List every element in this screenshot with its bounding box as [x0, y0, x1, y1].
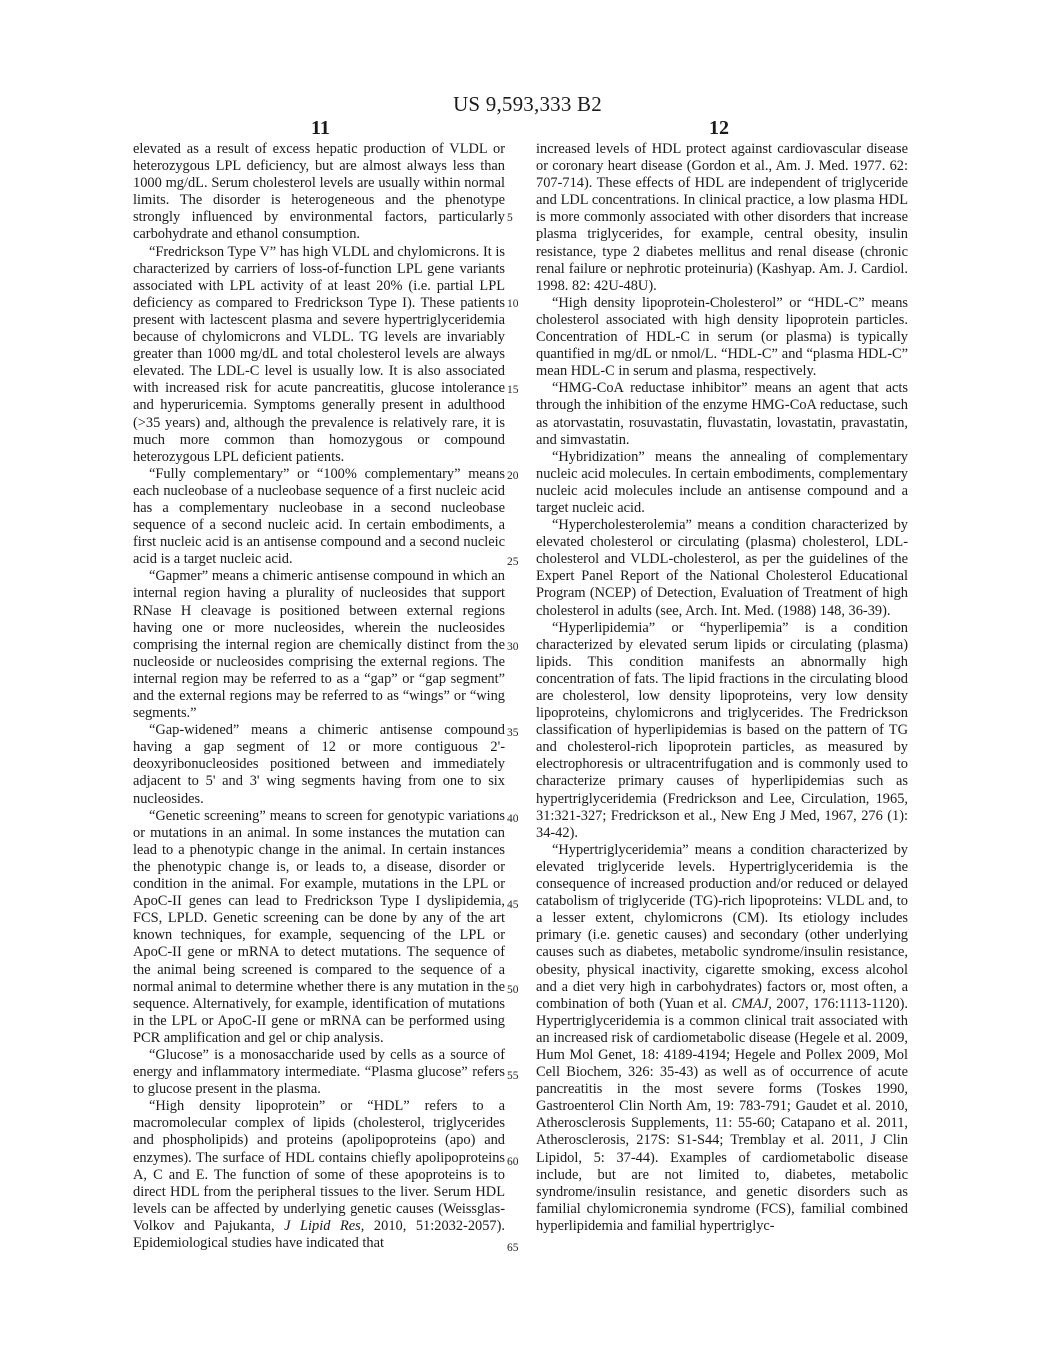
paragraph: elevated as a result of excess hepatic p…	[133, 141, 505, 244]
paragraph-genetic-screening: “Genetic screening” means to screen for …	[133, 808, 505, 1047]
paragraph-hdl-c: “High density lipoprotein-Cholesterol” o…	[536, 295, 908, 380]
line-number: 10	[507, 298, 519, 310]
line-number: 5	[507, 212, 513, 224]
text-span: 2007, 176:1113-1120). Hypertriglyceridem…	[536, 996, 908, 1234]
line-number: 40	[507, 813, 519, 825]
line-number: 20	[507, 470, 519, 482]
paragraph: increased levels of HDL protect against …	[536, 141, 908, 295]
paragraph-hyperlipidemia: “Hyperlipidemia” or “hyperlipemia” is a …	[536, 620, 908, 842]
line-number: 35	[507, 727, 519, 739]
paragraph-hypertriglyceridemia: “Hypertriglyceridemia” means a condition…	[536, 842, 908, 1235]
text-span: “High density lipoprotein” or “HDL” refe…	[133, 1098, 505, 1234]
paragraph-hybridization: “Hybridization” means the annealing of c…	[536, 449, 908, 517]
paragraph-hmg-coa: “HMG-CoA reductase inhibitor” means an a…	[536, 380, 908, 448]
line-number: 15	[507, 384, 519, 396]
journal-title: CMAJ,	[731, 996, 771, 1012]
column-number-left: 11	[311, 117, 330, 140]
paragraph-hypercholesterolemia: “Hypercholesterolemia” means a condition…	[536, 517, 908, 620]
paragraph-glucose: “Glucose” is a monosaccharide used by ce…	[133, 1047, 505, 1098]
left-column: elevated as a result of excess hepatic p…	[133, 141, 505, 1252]
patent-number: US 9,593,333 B2	[0, 92, 1055, 117]
paragraph-hdl: “High density lipoprotein” or “HDL” refe…	[133, 1098, 505, 1252]
line-number: 45	[507, 899, 519, 911]
line-number: 55	[507, 1070, 519, 1082]
line-number: 65	[507, 1242, 519, 1254]
line-number: 50	[507, 984, 519, 996]
line-number: 25	[507, 556, 519, 568]
paragraph-gapmer: “Gapmer” means a chimeric antisense comp…	[133, 568, 505, 722]
paragraph-fully-complementary: “Fully complementary” or “100% complemen…	[133, 466, 505, 569]
paragraph-gap-widened: “Gap-widened” means a chimeric antisense…	[133, 722, 505, 807]
column-number-right: 12	[709, 117, 729, 140]
paragraph-fredrickson-type-v: “Fredrickson Type V” has high VLDL and c…	[133, 244, 505, 466]
right-column: increased levels of HDL protect against …	[536, 141, 908, 1235]
text-span: “Hypertriglyceridemia” means a condition…	[536, 842, 908, 1012]
line-number: 30	[507, 641, 519, 653]
line-number: 60	[507, 1156, 519, 1168]
journal-title: J Lipid Res,	[284, 1218, 364, 1234]
